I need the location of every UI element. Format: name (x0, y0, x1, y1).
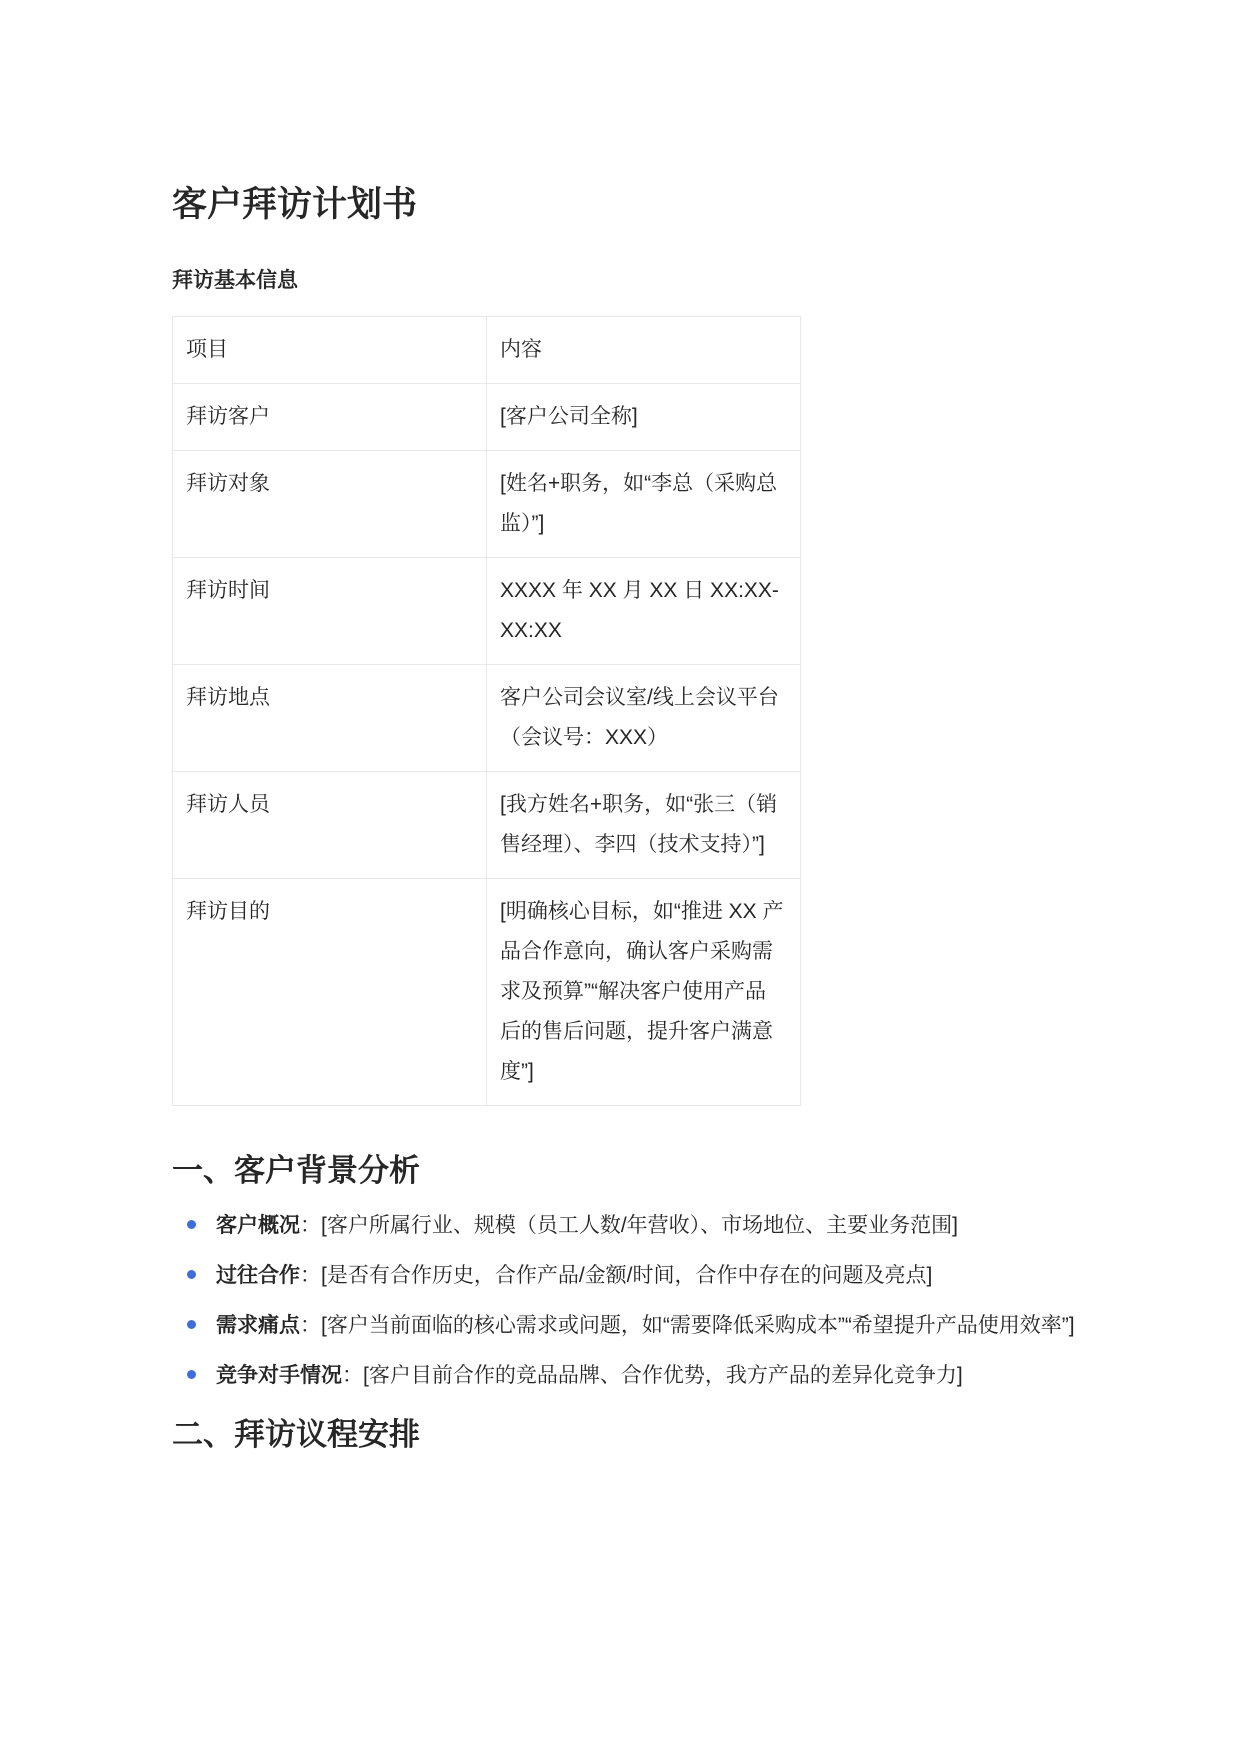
bullet-label: 客户概况 (216, 1214, 300, 1237)
row-label-cell: 拜访客户 (173, 384, 487, 451)
table-row: 拜访对象 [姓名+职务，如“李总（采购总监）”] (173, 451, 801, 558)
table-row: 拜访人员 [我方姓名+职务，如“张三（销售经理）、李四（技术支持）”] (173, 772, 801, 879)
row-label-cell: 拜访时间 (173, 558, 487, 665)
section-heading-background: 一、客户背景分析 (172, 1150, 1091, 1192)
bullet-text: ：[客户当前面临的核心需求或问题，如“需要降低采购成本”“希望提升产品使用效率”… (300, 1314, 1075, 1337)
row-value-cell: [我方姓名+职务，如“张三（销售经理）、李四（技术支持）”] (487, 772, 801, 879)
row-value-cell: XXXX 年 XX 月 XX 日 XX:XX-XX:XX (487, 558, 801, 665)
section-heading-agenda: 二、拜访议程安排 (172, 1414, 1091, 1456)
doc-subtitle: 拜访基本信息 (172, 262, 1091, 300)
bullet-item: 需求痛点：[客户当前面临的核心需求或问题，如“需要降低采购成本”“希望提升产品使… (187, 1304, 1091, 1348)
bullet-item: 竞争对手情况：[客户目前合作的竞品品牌、合作优势，我方产品的差异化竞争力] (187, 1354, 1091, 1398)
row-value-cell: [姓名+职务，如“李总（采购总监）”] (487, 451, 801, 558)
bullet-label: 竞争对手情况 (216, 1364, 342, 1387)
table-header-content-cell: 内容 (487, 317, 801, 384)
row-label-cell: 拜访人员 (173, 772, 487, 879)
row-value-cell: 客户公司会议室/线上会议平台（会议号：XXX） (487, 665, 801, 772)
table-row: 拜访目的 [明确核心目标，如“推进 XX 产品合作意向，确认客户采购需求及预算”… (173, 879, 801, 1106)
row-value-cell: [客户公司全称] (487, 384, 801, 451)
table-row: 拜访地点 客户公司会议室/线上会议平台（会议号：XXX） (173, 665, 801, 772)
bullet-text: ：[是否有合作历史，合作产品/金额/时间，合作中存在的问题及亮点] (300, 1264, 932, 1287)
row-label-cell: 拜访对象 (173, 451, 487, 558)
row-value-cell: [明确核心目标，如“推进 XX 产品合作意向，确认客户采购需求及预算”“解决客户… (487, 879, 801, 1106)
bullet-item: 客户概况：[客户所属行业、规模（员工人数/年营收）、市场地位、主要业务范围] (187, 1204, 1091, 1248)
row-label-cell: 拜访目的 (173, 879, 487, 1106)
bullet-dot-icon (187, 1370, 196, 1379)
bullet-dot-icon (187, 1270, 196, 1279)
info-table: 项目 内容 拜访客户 [客户公司全称] 拜访对象 [姓名+职务，如“李总（采购总… (172, 316, 801, 1106)
document-page: 客户拜访计划书 拜访基本信息 项目 内容 拜访客户 [客户公司全称] 拜访对象 … (0, 0, 1241, 1755)
bullet-label: 过往合作 (216, 1264, 300, 1287)
background-bullet-list: 客户概况：[客户所属行业、规模（员工人数/年营收）、市场地位、主要业务范围] 过… (172, 1204, 1091, 1398)
row-label-cell: 拜访地点 (173, 665, 487, 772)
bullet-dot-icon (187, 1220, 196, 1229)
table-header-row: 项目 内容 (173, 317, 801, 384)
info-table-body: 拜访客户 [客户公司全称] 拜访对象 [姓名+职务，如“李总（采购总监）”] 拜… (173, 384, 801, 1106)
page-title: 客户拜访计划书 (172, 182, 1091, 228)
bullet-label: 需求痛点 (216, 1314, 300, 1337)
table-row: 拜访客户 [客户公司全称] (173, 384, 801, 451)
bullet-item: 过往合作：[是否有合作历史，合作产品/金额/时间，合作中存在的问题及亮点] (187, 1254, 1091, 1298)
bullet-text: ：[客户所属行业、规模（员工人数/年营收）、市场地位、主要业务范围] (300, 1214, 958, 1237)
bullet-dot-icon (187, 1320, 196, 1329)
table-header-item-cell: 项目 (173, 317, 487, 384)
bullet-text: ：[客户目前合作的竞品品牌、合作优势，我方产品的差异化竞争力] (342, 1364, 963, 1387)
table-row: 拜访时间 XXXX 年 XX 月 XX 日 XX:XX-XX:XX (173, 558, 801, 665)
